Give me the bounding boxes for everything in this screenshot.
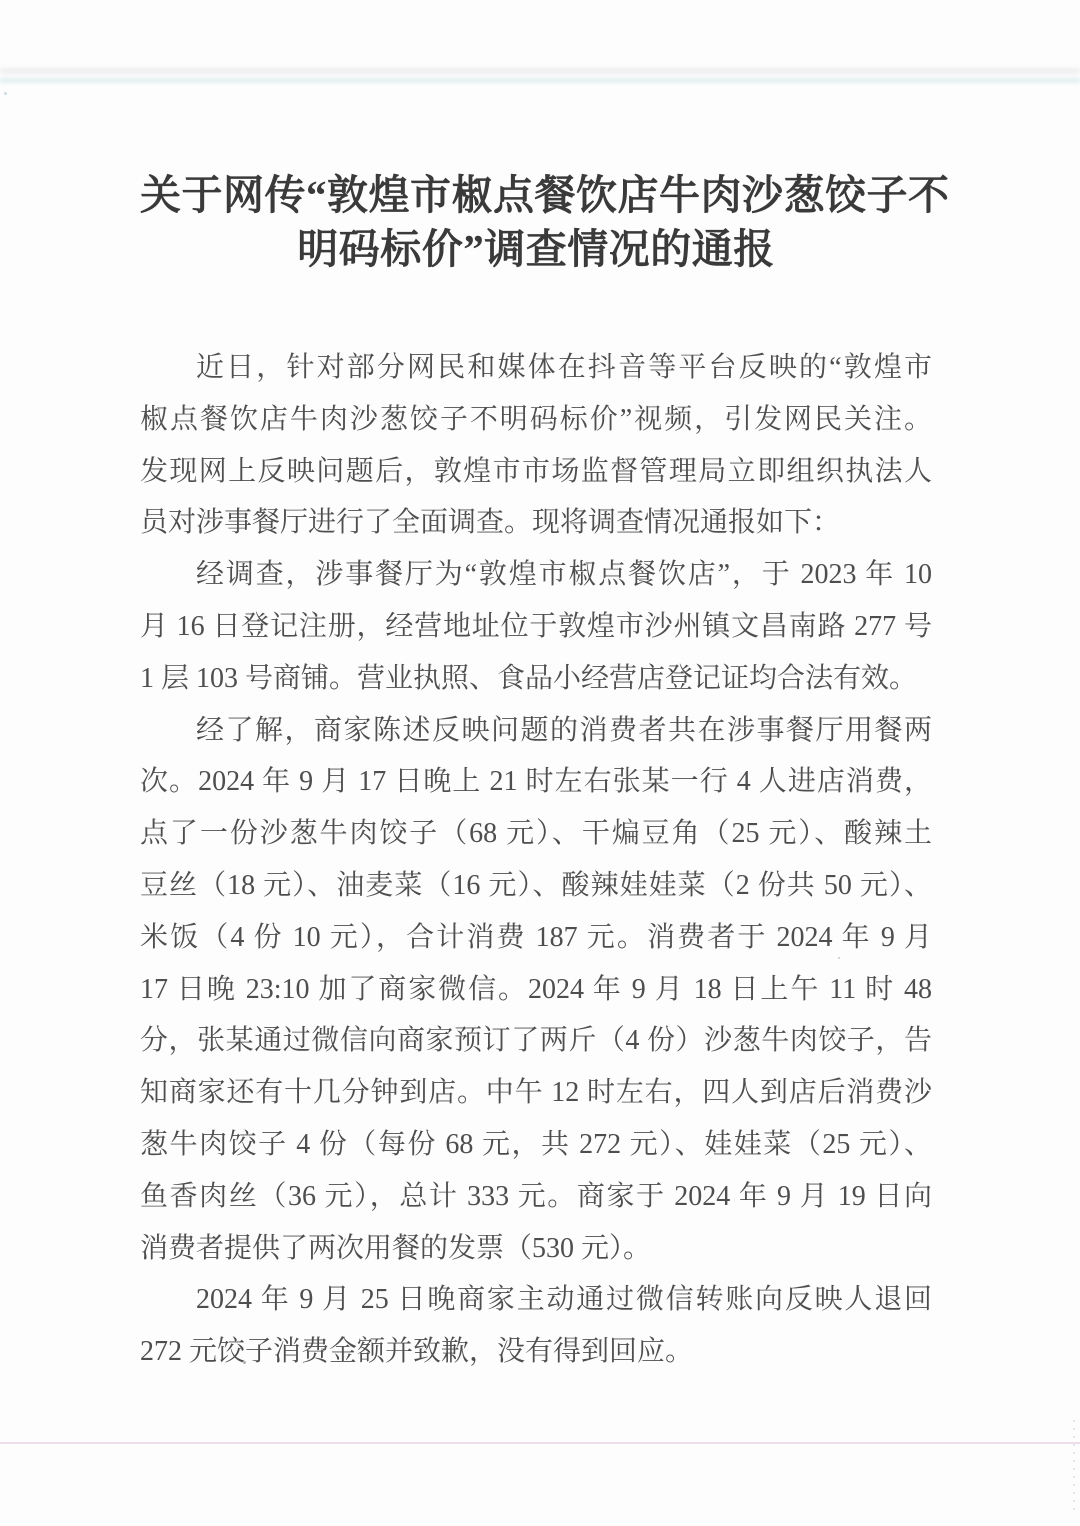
paragraph-3-line: 豆丝（18 元）、油麦菜（16 元）、酸辣娃娃菜（2 份共 50 元）、: [140, 860, 932, 912]
document: 关于网传“敦煌市椒点餐饮店牛肉沙葱饺子不 明码标价”调查情况的通报 近日，针对部…: [140, 168, 932, 1378]
paragraph-1-line: 椒点餐饮店牛肉沙葱饺子不明码标价”视频，引发网民关注。: [140, 394, 932, 446]
paragraph-3-line: 知商家还有十几分钟到店。中午 12 时左右，四人到店后消费沙: [140, 1067, 932, 1119]
paragraph-3-line: 米饭（4 份 10 元），合计消费 187 元。消费者于 2024 年 9 月: [140, 912, 932, 964]
paragraph-1-line: 近日，针对部分网民和媒体在抖音等平台反映的“敦煌市: [140, 342, 932, 394]
paragraph-3-line: 经了解，商家陈述反映问题的消费者共在涉事餐厅用餐两: [140, 705, 932, 757]
paragraph-3-line: 点了一份沙葱牛肉饺子（68 元）、干煸豆角（25 元）、酸辣土: [140, 808, 932, 860]
paragraph-4-line: 272 元饺子消费金额并致歉，没有得到回应。: [140, 1326, 932, 1378]
paragraph-3-line: 分，张某通过微信向商家预订了两斤（4 份）沙葱牛肉饺子，告: [140, 1015, 932, 1067]
paragraph-2-line: 1 层 103 号商铺。营业执照、食品小经营店登记证均合法有效。: [140, 653, 932, 705]
scan-speck: [4, 92, 7, 95]
paragraph-3-line: 17 日晚 23:10 加了商家微信。2024 年 9 月 18 日上午 11 …: [140, 964, 932, 1016]
paragraph-4-line: 2024 年 9 月 25 日晚商家主动通过微信转账向反映人退回: [140, 1274, 932, 1326]
document-body: 近日，针对部分网民和媒体在抖音等平台反映的“敦煌市 椒点餐饮店牛肉沙葱饺子不明码…: [140, 342, 932, 1378]
scanned-document-page: 关于网传“敦煌市椒点餐饮店牛肉沙葱饺子不 明码标价”调查情况的通报 近日，针对部…: [0, 0, 1080, 1526]
paragraph-3-line: 次。2024 年 9 月 17 日晚上 21 时左右张某一行 4 人进店消费，: [140, 756, 932, 808]
paragraph-2-line: 月 16 日登记注册，经营地址位于敦煌市沙州镇文昌南路 277 号: [140, 601, 932, 653]
paragraph-3-line: 鱼香肉丝（36 元），总计 333 元。商家于 2024 年 9 月 19 日向: [140, 1171, 932, 1223]
paragraph-1-line: 员对涉事餐厅进行了全面调查。现将调查情况通报如下：: [140, 497, 932, 549]
paragraph-3-line: 消费者提供了两次用餐的发票（530 元）。: [140, 1223, 932, 1275]
scan-artifact-edge-dots: [1073, 1420, 1075, 1510]
paragraph-1-line: 发现网上反映问题后，敦煌市市场监督管理局立即组织执法人: [140, 446, 932, 498]
paragraph-3-line: 葱牛肉饺子 4 份（每份 68 元，共 272 元）、娃娃菜（25 元）、: [140, 1119, 932, 1171]
scan-artifact-band: [0, 68, 1080, 74]
scan-artifact-band: [0, 78, 1080, 83]
document-title-line-1: 关于网传“敦煌市椒点餐饮店牛肉沙葱饺子不: [140, 168, 932, 222]
paragraph-2-line: 经调查，涉事餐厅为“敦煌市椒点餐饮店”，于 2023 年 10: [140, 549, 932, 601]
document-title-line-2: 明码标价”调查情况的通报: [140, 222, 932, 276]
document-title: 关于网传“敦煌市椒点餐饮店牛肉沙葱饺子不 明码标价”调查情况的通报: [140, 168, 932, 276]
scan-artifact-line: [0, 1442, 1080, 1444]
